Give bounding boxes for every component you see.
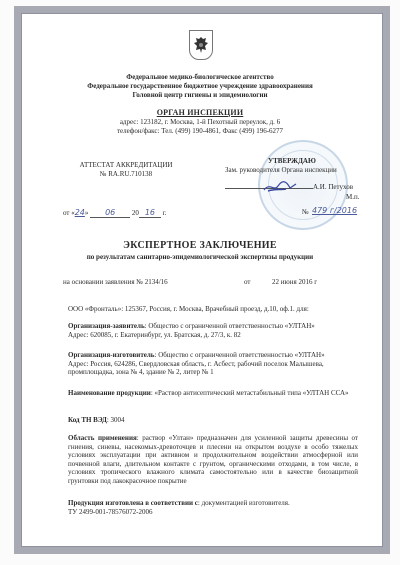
institution-name: Федеральное государственное бюджетное уч… [0, 82, 400, 91]
center-name: Головной центр гигиены и эпидемиологии [0, 91, 400, 100]
manufacturer-section: Организация-изготовитель: Общество с огр… [68, 351, 358, 377]
approval-position: Зам. руководителя Органа инспекции [225, 166, 337, 175]
document-subtitle: по результатам санитарно-эпидемиологичес… [0, 253, 400, 261]
compliance-section: Продукция изготовлена в соответствии с: … [68, 499, 358, 516]
approver-name: А.И. Петухов [313, 183, 353, 192]
scope-value: : раствор «Ултан» предназначен для усиле… [68, 434, 358, 485]
code-label: Код ТН ВЭД [68, 416, 107, 424]
applicant-label: Организация-заявитель [68, 322, 145, 330]
compliance-label: Продукция изготовлена в соответствии с [68, 499, 198, 507]
manufacturer-address: Адрес: Россия, 624286, Свердловская обла… [68, 360, 324, 377]
accreditation-number: № RA.RU.710138 [66, 170, 186, 179]
seal-mark: М.п. [346, 193, 359, 202]
manufacturer-value: : Общество с ограниченной ответственност… [155, 351, 325, 359]
code-section: Код ТН ВЭД: 3004 [68, 416, 358, 425]
basis-from: от [244, 278, 250, 287]
basis-label: на основании заявления № 2134/16 [63, 278, 168, 287]
date-year: 16 [139, 208, 161, 218]
applicant-address: Адрес: 620085, г. Екатеринбург, ул. Брат… [68, 331, 241, 339]
signature-icon [262, 178, 302, 194]
approval-title: УТВЕРЖДАЮ [268, 157, 316, 166]
manufacturer-label: Организация-изготовитель [68, 351, 155, 359]
accreditation-label: АТТЕСТАТ АККРЕДИТАЦИИ [66, 161, 186, 170]
approval-number-prefix: № [302, 208, 309, 217]
date-line: от «24» 06 2016 г. [63, 208, 167, 218]
basis-date: 22 июня 2016 г [272, 278, 317, 287]
product-label: Наименование продукции [68, 389, 151, 397]
code-value: : 3004 [107, 416, 125, 424]
approval-number: 479 г/2016 [312, 206, 357, 215]
product-value: : «Раствор антисептический метастабильны… [151, 389, 349, 397]
compliance-value: : документацией изготовителя. [198, 499, 290, 507]
coat-of-arms-icon [189, 30, 213, 60]
scope-label: Область применения [68, 434, 137, 442]
product-section: Наименование продукции: «Раствор антисеп… [68, 389, 358, 398]
frontal-line: ООО «Фронталь»: 125367, Россия, г. Москв… [68, 305, 358, 314]
inspection-phones: телефон/факс: Тел. (499) 190-4861, Факс … [0, 127, 400, 136]
scope-section: Область применения: раствор «Ултан» пред… [68, 434, 358, 486]
agency-name: Федеральное медико-биологическое агентст… [0, 73, 400, 82]
applicant-value: : Общество с ограниченной ответственност… [145, 322, 315, 330]
inspection-address: адрес: 123182, г. Москва, 1-й Пехотный п… [0, 118, 400, 127]
date-month: 06 [90, 208, 130, 218]
date-suffix: г. [163, 209, 167, 217]
date-day: 24 [75, 208, 85, 217]
date-year-prefix: 20 [132, 209, 139, 217]
applicant-section: Организация-заявитель: Общество с ограни… [68, 322, 358, 339]
date-quote: » [85, 209, 89, 217]
date-prefix: от « [63, 209, 75, 217]
tu-number: ТУ 2499-001-78576072-2006 [68, 508, 152, 516]
document-title: ЭКСПЕРТНОЕ ЗАКЛЮЧЕНИЕ [0, 240, 400, 251]
inspection-body-title: ОРГАН ИНСПЕКЦИИ [0, 108, 400, 117]
